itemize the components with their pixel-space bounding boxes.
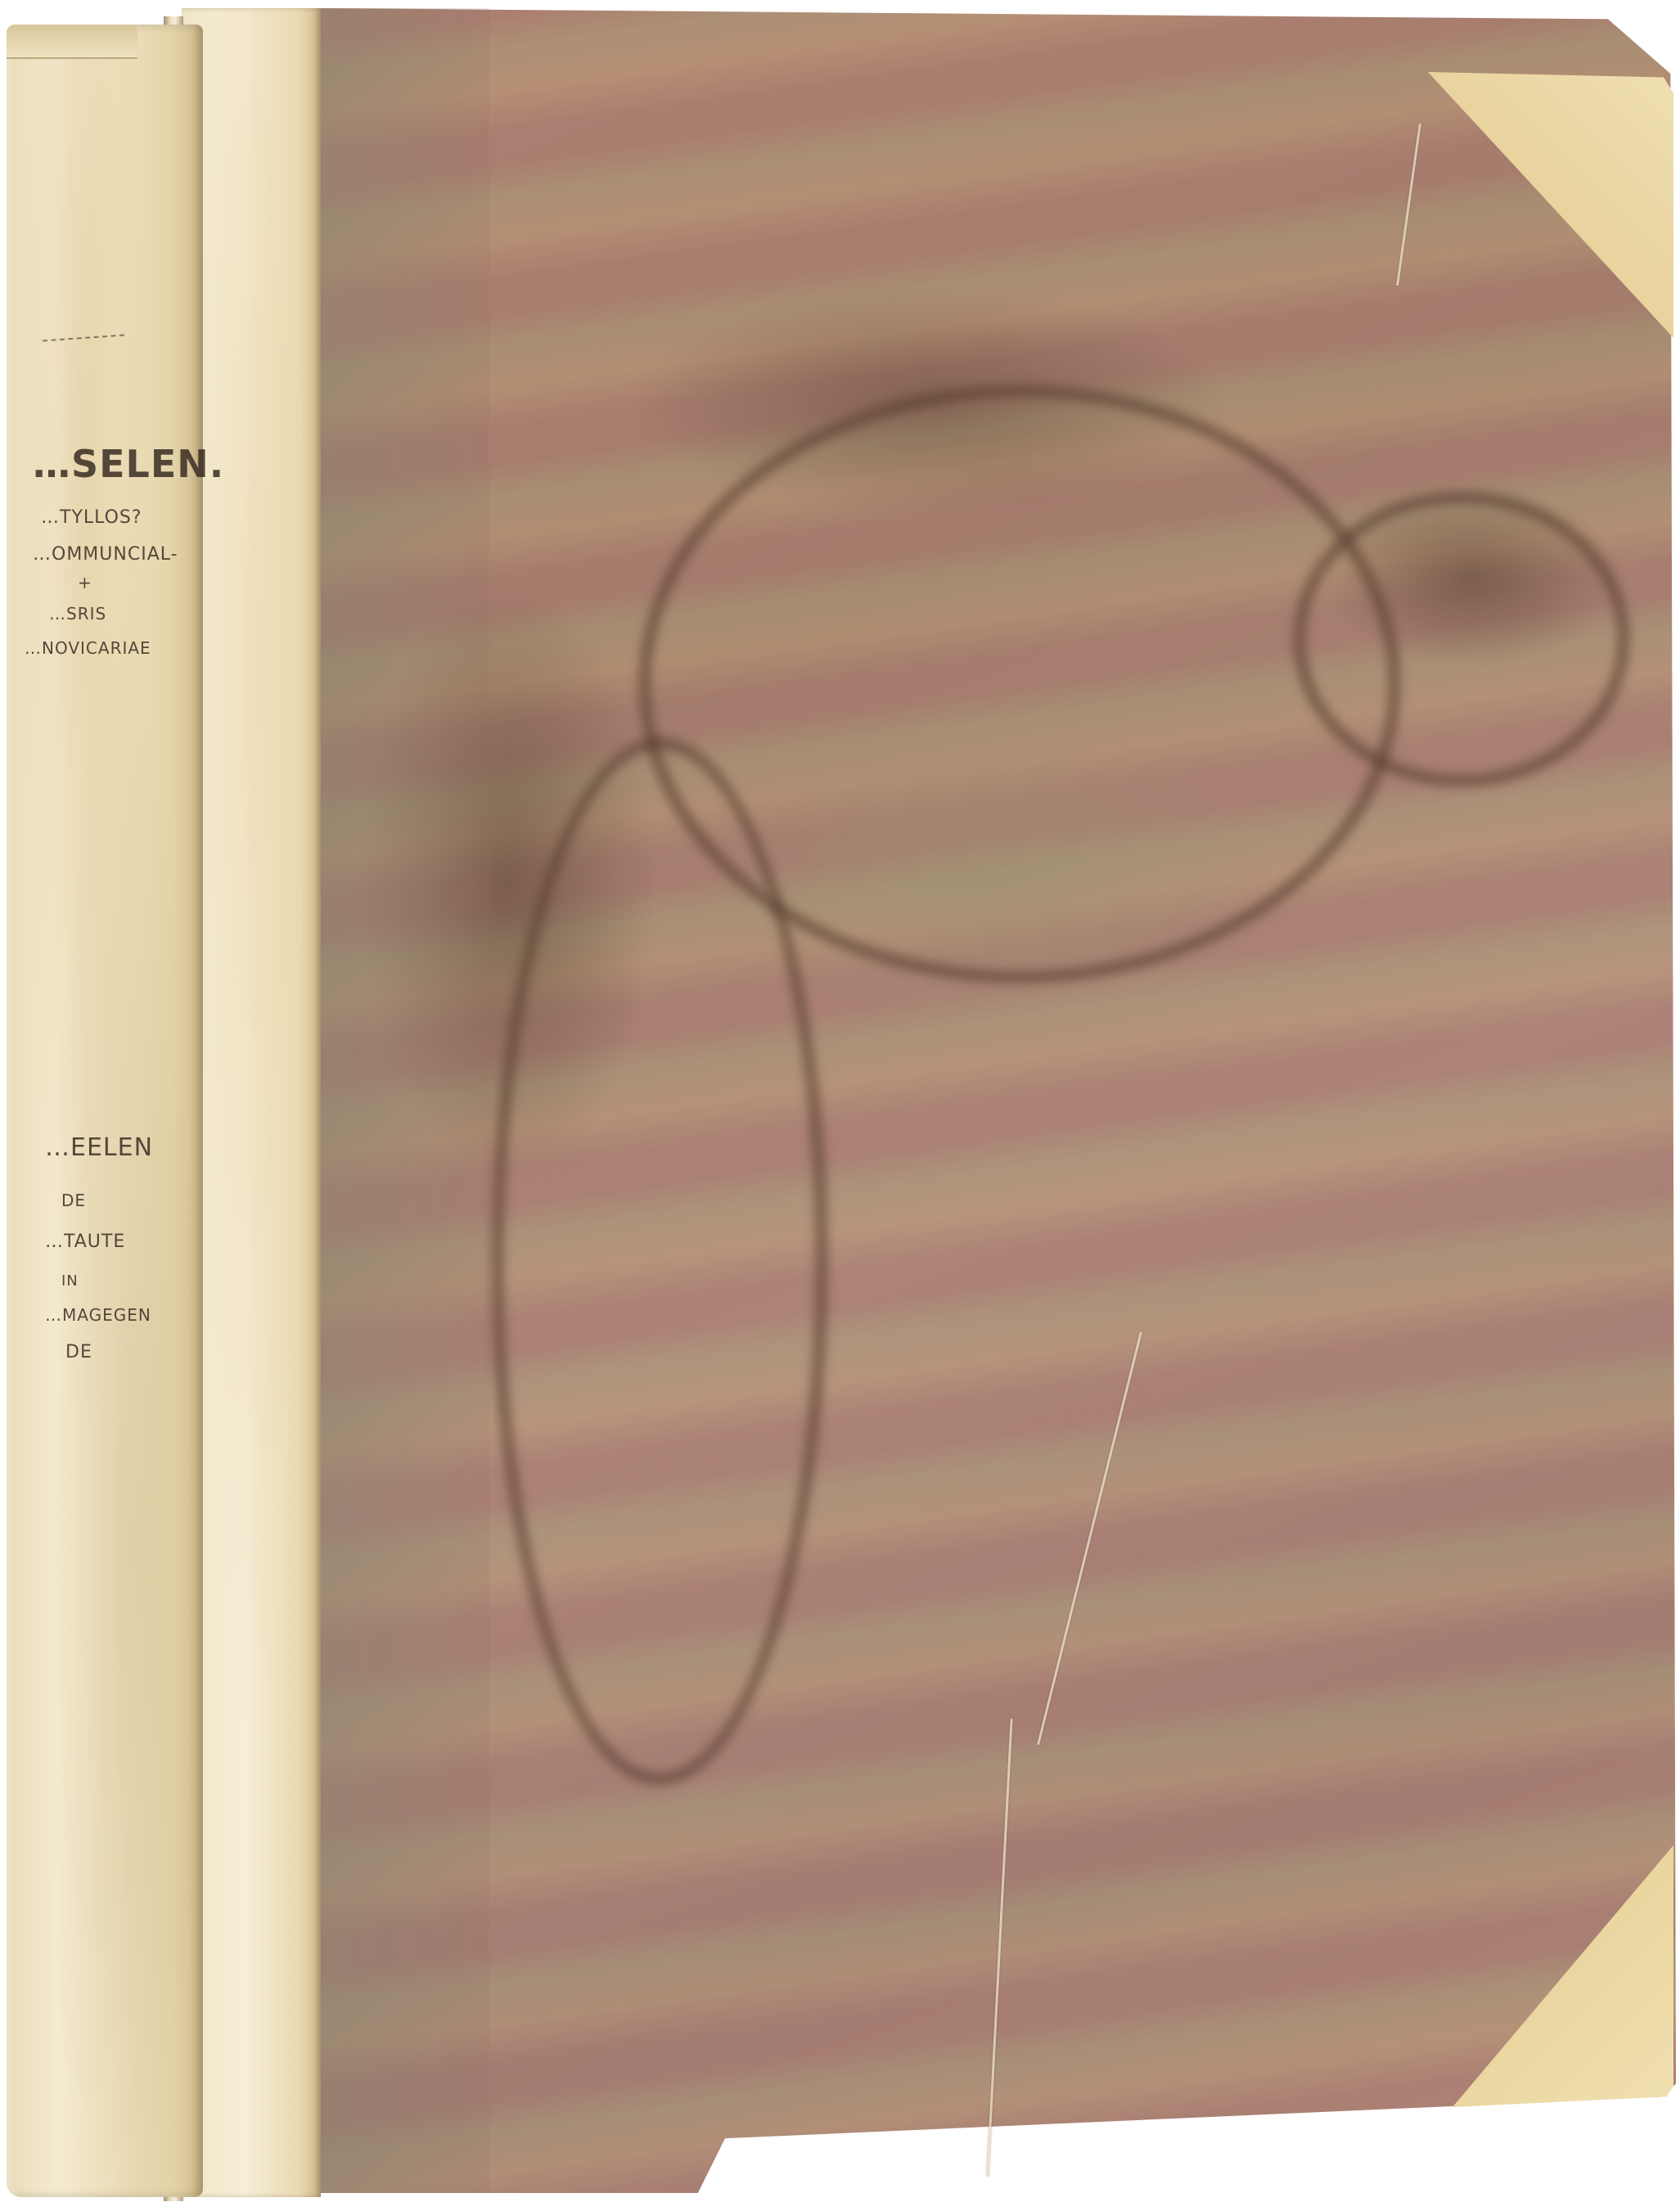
spine-line: DE bbox=[65, 1342, 92, 1362]
water-stain bbox=[491, 736, 828, 1785]
board-shadow-band bbox=[318, 8, 489, 2193]
spine-headcap bbox=[7, 25, 137, 59]
spine-line: …SRIS bbox=[49, 604, 106, 624]
spine-line: DE bbox=[61, 1191, 86, 1210]
spine-line: IN bbox=[61, 1272, 79, 1290]
spine-line: …TYLLOS? bbox=[41, 507, 142, 528]
water-stain bbox=[1293, 491, 1630, 787]
spine-line: …EELEN bbox=[45, 1133, 153, 1162]
spine-line: …OMMUNCIAL- bbox=[33, 544, 178, 565]
spine-line: …NOVICARIAE bbox=[25, 638, 151, 658]
spine-title: …SELEN. bbox=[33, 442, 224, 486]
spine-line: …TAUTE bbox=[45, 1232, 125, 1252]
spine-line: + bbox=[78, 573, 92, 592]
book-spine bbox=[7, 25, 203, 2197]
book-photo: …SELEN. …TYLLOS? …OMMUNCIAL- + …SRIS …NO… bbox=[0, 0, 1680, 2211]
spine-line: …MAGEGEN bbox=[45, 1305, 151, 1325]
